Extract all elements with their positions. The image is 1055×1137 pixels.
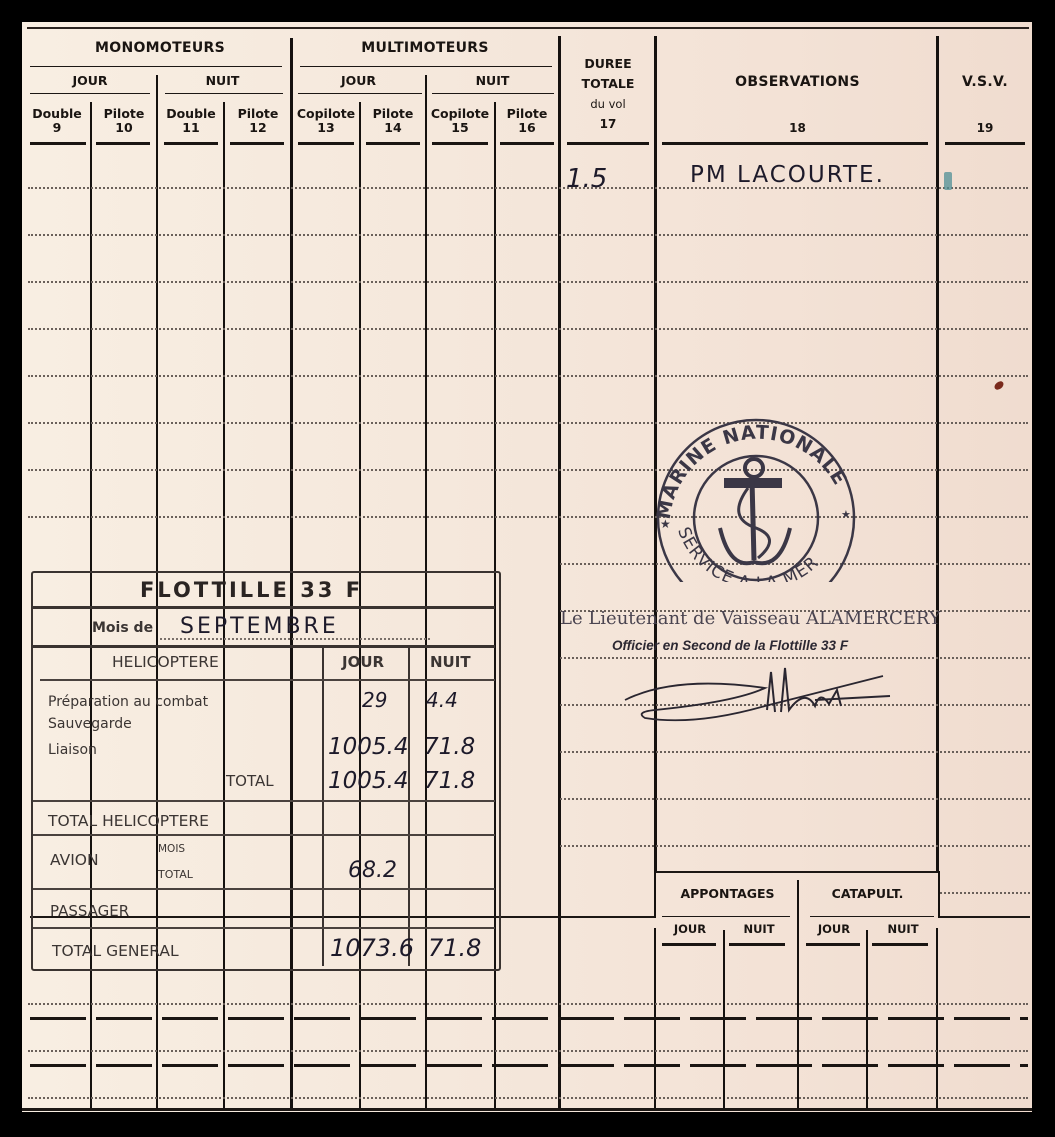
col-header-10: Pilote10 <box>96 107 152 135</box>
stamp-row-jour: 1005.4 <box>328 768 408 794</box>
appontages-box-top <box>654 871 940 873</box>
underline <box>164 142 218 145</box>
marine-nationale-seal: MARINE NATIONALE SERVICE A LA MER ★ ★ <box>648 410 862 582</box>
col-header-13: Copilote13 <box>294 107 358 135</box>
mois-dotted-line <box>160 638 430 640</box>
divider <box>298 93 422 94</box>
stamp-col-jour: JOUR <box>342 653 384 671</box>
header-mono-nuit: NUIT <box>160 73 285 88</box>
stamp-row-nuit: 71.8 <box>424 734 475 760</box>
divider <box>33 834 495 836</box>
anchor-icon <box>720 459 790 563</box>
header-appontages: APPONTAGES <box>660 886 795 901</box>
stamp-row-label: Liaison <box>48 742 97 758</box>
divider <box>33 800 495 802</box>
underline <box>729 943 785 946</box>
col-divider <box>654 871 656 918</box>
header-app-nuit: NUIT <box>728 922 790 936</box>
handwritten-signature <box>615 660 895 730</box>
col-header-19: 19 <box>940 121 1030 135</box>
underline <box>662 943 716 946</box>
svg-text:★: ★ <box>660 517 671 531</box>
col-header-12: Pilote12 <box>230 107 286 135</box>
divider <box>165 93 283 94</box>
underline <box>872 943 928 946</box>
header-monomoteurs: MONOMOTEURS <box>40 40 280 56</box>
underline <box>500 142 554 145</box>
underline <box>567 142 649 145</box>
stamp-mois-label: Mois de <box>92 620 153 636</box>
divider <box>30 66 282 67</box>
col-header-18: 18 <box>660 121 935 135</box>
stamp-mois-value: SEPTEMBRE <box>180 614 339 639</box>
header-mono-jour: JOUR <box>30 73 150 88</box>
stamp-total-helicoptere: TOTAL HELICOPTERE <box>48 812 209 830</box>
col-divider <box>558 36 561 1110</box>
underline <box>806 943 860 946</box>
header-catapult: CATAPULT. <box>800 886 935 901</box>
stamp-row-jour: 29 <box>362 688 387 712</box>
svg-text:★: ★ <box>841 508 851 521</box>
col-header-16: Pilote16 <box>498 107 556 135</box>
signatory-name: Le Lieutenant de Vaisseau ALAMERCERY <box>560 608 941 629</box>
entry-observations: PM LACOURTE. <box>690 162 885 188</box>
stamp-helicoptere: HELICOPTERE <box>112 653 219 671</box>
underline <box>366 142 420 145</box>
col-header-vsv: V.S.V. <box>940 74 1030 90</box>
header-multimoteurs: MULTIMOTEURS <box>300 40 550 56</box>
col-header-17: DUREE TOTALE du vol 17 <box>563 54 653 134</box>
col-header-14: Pilote14 <box>364 107 422 135</box>
stamp-total-general-jour: 1073.6 <box>330 934 414 962</box>
divider <box>662 916 790 917</box>
underline <box>96 142 150 145</box>
stamp-col-divider <box>408 646 410 966</box>
stamp-total-general-nuit: 71.8 <box>428 934 481 962</box>
header-cat-nuit: NUIT <box>872 922 934 936</box>
divider <box>938 916 1030 918</box>
divider <box>33 927 495 929</box>
col-divider <box>938 871 940 918</box>
divider <box>33 606 495 609</box>
page-bottom-border <box>22 1108 1032 1111</box>
col-header-9: Double9 <box>28 107 86 135</box>
divider <box>33 645 495 648</box>
stamp-avion-total: TOTAL <box>158 868 193 881</box>
stamp-passager: PASSAGER <box>50 902 129 920</box>
stamp-avion-total-jour: 68.2 <box>348 858 397 883</box>
header-multi-jour: JOUR <box>296 73 421 88</box>
stamp-col-divider <box>322 646 324 966</box>
divider <box>33 888 495 890</box>
underline <box>662 142 928 145</box>
underline <box>945 142 1025 145</box>
stamp-avion-mois: MOIS <box>158 843 185 855</box>
ink-mark <box>944 172 952 190</box>
stamp-row-label: Sauvegarde <box>48 716 132 732</box>
stamp-total-general: TOTAL GENERAL <box>52 942 179 960</box>
stamp-avion: AVION <box>50 851 99 869</box>
stamp-row-jour: 1005.4 <box>328 734 408 760</box>
divider <box>30 93 150 94</box>
header-multi-nuit: NUIT <box>430 73 555 88</box>
header-cat-jour: JOUR <box>804 922 864 936</box>
col-divider <box>936 36 939 872</box>
stamp-title: FLOTTILLE 33 F <box>140 578 363 602</box>
stamp-row-nuit: 4.4 <box>426 688 458 712</box>
col-header-observations: OBSERVATIONS <box>660 74 935 90</box>
stamp-row-label: TOTAL <box>226 772 274 790</box>
signatory-title: Officier en Second de la Flottille 33 F <box>612 638 848 653</box>
underline <box>298 142 354 145</box>
divider <box>40 679 495 681</box>
col-header-15: Copilote15 <box>428 107 492 135</box>
entry-duree-totale: 1.5 <box>566 164 607 194</box>
stamp-row-nuit: 71.8 <box>424 768 475 794</box>
underline <box>230 142 284 145</box>
divider <box>432 93 554 94</box>
divider <box>300 66 552 67</box>
stamp-row-label: Préparation au combat <box>48 694 208 710</box>
col-divider <box>797 880 799 1108</box>
underline <box>432 142 488 145</box>
stamp-col-nuit: NUIT <box>430 653 471 671</box>
divider <box>810 916 934 917</box>
header-app-jour: JOUR <box>660 922 720 936</box>
underline <box>30 142 86 145</box>
col-header-11: Double11 <box>162 107 220 135</box>
